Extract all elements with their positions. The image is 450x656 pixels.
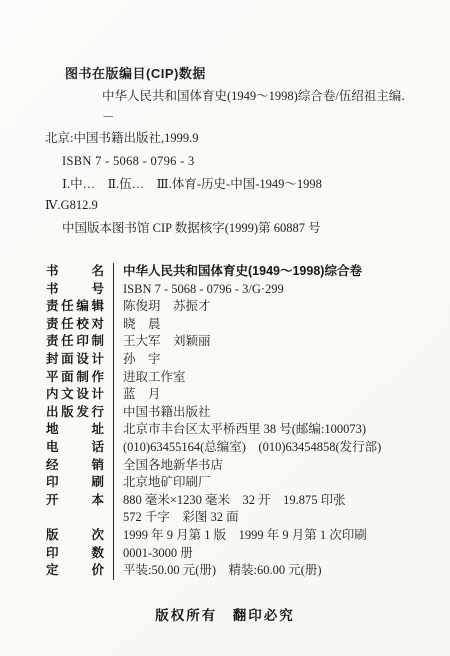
colophon-label: 开本 (46, 492, 104, 510)
colophon-value: 全国各地新华书店 (113, 457, 414, 475)
copyright-page: 图书在版编目(CIP)数据 中华人民共和国体育史(1949～1998)综合卷/伍… (0, 0, 450, 656)
colophon-label: 封面设计 (46, 351, 104, 369)
colophon-row-format: 开本 880 毫米×1230 毫米 32 开 19.875 印张 572 千字 … (46, 492, 414, 527)
colophon-label: 平面制作 (46, 369, 104, 387)
colophon-value: 中国书籍出版社 (113, 404, 414, 422)
cip-record-number: 中国版本图书馆 CIP 数据核字(1999)第 60887 号 (62, 218, 417, 239)
colophon-row-phone: 电话 (010)63455164(总编室) (010)63454858(发行部) (46, 439, 414, 457)
colophon-label: 印刷 (46, 474, 104, 492)
cip-block: 图书在版编目(CIP)数据 中华人民共和国体育史(1949～1998)综合卷/伍… (45, 0, 417, 239)
colophon-label: 责任印制 (46, 333, 104, 351)
colophon-label: 印数 (46, 545, 104, 563)
colophon-row-price: 定价 平装:50.00 元(册) 精装:60.00 元(册) (46, 562, 414, 580)
format-line-2: 572 千字 彩图 32 面 (123, 509, 414, 527)
colophon-label: 电话 (46, 439, 104, 457)
cip-classification-line2: Ⅳ.G812.9 (45, 195, 417, 216)
colophon-value: 880 毫米×1230 毫米 32 开 19.875 印张 572 千字 彩图 … (113, 492, 414, 527)
colophon-row-book-number: 书号 ISBN 7 - 5068 - 0796 - 3/G·299 (46, 281, 414, 299)
colophon-row-publisher: 出版发行 中国书籍出版社 (46, 404, 414, 422)
colophon-value: 0001-3000 册 (113, 545, 414, 563)
colophon-row-edition: 版次 1999 年 9 月第 1 版 1999 年 9 月第 1 次印刷 (46, 527, 414, 545)
colophon-value: 晓 晨 (113, 316, 414, 334)
colophon-row-cover-design: 封面设计 孙 宇 (46, 351, 414, 369)
copyright-notice: 版权所有 翻印必究 (0, 604, 450, 624)
colophon-label: 出版发行 (46, 404, 104, 422)
cip-classification-line1: Ⅰ.中… Ⅱ.伍… Ⅲ.体育-历史-中国-1949～1998 (62, 174, 417, 195)
colophon-value: 陈俊玥 苏振才 (113, 298, 414, 316)
colophon-label: 书名 (46, 263, 104, 281)
colophon-row-distribution: 经销 全国各地新华书店 (46, 457, 414, 475)
colophon-row-print-run: 印数 0001-3000 册 (46, 545, 414, 563)
colophon-value: 北京地矿印刷厂 (113, 474, 414, 492)
colophon-row-printer: 印刷 北京地矿印刷厂 (46, 474, 414, 492)
colophon-value: (010)63455164(总编室) (010)63454858(发行部) (113, 439, 414, 457)
colophon-label: 定价 (46, 562, 104, 580)
colophon-label: 书号 (46, 281, 104, 299)
colophon-row-layout: 平面制作 进取工作室 (46, 369, 414, 387)
cip-entry-line1: 中华人民共和国体育史(1949～1998)综合卷/伍绍祖主编．－ (102, 86, 417, 128)
colophon-value: 北京市丰台区太平桥西里 38 号(邮编:100073) (113, 421, 414, 439)
colophon-value: 中华人民共和国体育史(1949～1998)综合卷 (113, 263, 414, 281)
colophon-label: 责任校对 (46, 316, 104, 334)
colophon-label: 经销 (46, 457, 104, 475)
colophon-value: 孙 宇 (113, 351, 414, 369)
cip-isbn: ISBN 7 - 5068 - 0796 - 3 (62, 151, 417, 172)
colophon-value: 王大军 刘颖丽 (113, 333, 414, 351)
colophon-label: 版次 (46, 527, 104, 545)
colophon-value: 平装:50.00 元(册) 精装:60.00 元(册) (113, 562, 414, 580)
colophon-row-title: 书名 中华人民共和国体育史(1949～1998)综合卷 (46, 263, 414, 281)
colophon-row-print-supervisor: 责任印制 王大军 刘颖丽 (46, 333, 414, 351)
cip-heading: 图书在版编目(CIP)数据 (65, 63, 417, 84)
format-line-1: 880 毫米×1230 毫米 32 开 19.875 印张 (123, 492, 414, 510)
colophon-table: 书名 中华人民共和国体育史(1949～1998)综合卷 书号 ISBN 7 - … (46, 263, 414, 580)
colophon-row-editor: 责任编辑 陈俊玥 苏振才 (46, 298, 414, 316)
cip-entry-line2: 北京:中国书籍出版社,1999.9 (45, 128, 417, 149)
colophon-label: 内文设计 (46, 386, 104, 404)
colophon-row-proofreader: 责任校对 晓 晨 (46, 316, 414, 334)
colophon-value: ISBN 7 - 5068 - 0796 - 3/G·299 (113, 281, 414, 299)
colophon-label: 地址 (46, 421, 104, 439)
colophon-value: 蓝 月 (113, 386, 414, 404)
colophon-value: 进取工作室 (113, 369, 414, 387)
colophon-row-address: 地址 北京市丰台区太平桥西里 38 号(邮编:100073) (46, 421, 414, 439)
colophon-row-text-design: 内文设计 蓝 月 (46, 386, 414, 404)
colophon-label: 责任编辑 (46, 298, 104, 316)
colophon-value: 1999 年 9 月第 1 版 1999 年 9 月第 1 次印刷 (113, 527, 414, 545)
